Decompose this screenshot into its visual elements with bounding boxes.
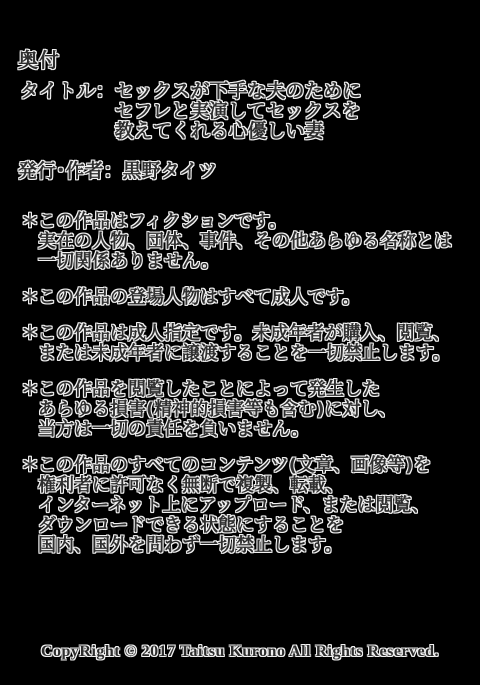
notice-line: この作品を閲覧したことによって発生した: [38, 380, 396, 400]
notice-line: 国内、国外を問わず一切禁止します。: [38, 536, 431, 556]
notice-marker: ＊: [21, 380, 38, 400]
title-line: 教えてくれる心優しい妻: [115, 121, 362, 141]
notice: ＊この作品の登場人物はすべて成人です。: [21, 288, 452, 308]
notice-line: 一切関係ありません。: [38, 252, 452, 272]
notice-marker: ＊: [21, 288, 38, 308]
notice: ＊この作品を閲覧したことによって発生したあらゆる損害(精神的損害等も含む)に対し…: [21, 380, 452, 440]
notice-marker: ＊: [21, 456, 38, 476]
notice-line: 当方は一切の責任を負いません。: [38, 420, 396, 440]
title-line: セックスが下手な夫のために: [115, 81, 362, 101]
title-line: セフレと実演してセックスを: [115, 101, 362, 121]
title-block: タイトル： セックスが下手な夫のためにセフレと実演してセックスを教えてくれる心優…: [20, 81, 361, 141]
notice-marker: ＊: [21, 212, 38, 232]
notice-list: ＊この作品はフィクションです。実在の人物、団体、事件、その他あらゆる名称とは一切…: [21, 212, 452, 572]
notice: ＊この作品はフィクションです。実在の人物、団体、事件、その他あらゆる名称とは一切…: [21, 212, 452, 272]
page-title: 奥付: [18, 44, 60, 73]
notice-line: この作品は成人指定です。未成年者が購入、閲覧、: [38, 324, 451, 344]
notice: ＊この作品のすべてのコンテンツ(文章、画像等)を権利者に許可なく無断で複製、転載…: [21, 456, 452, 556]
copyright-footer: CopyRight © 2017 Taitsu Kurono All Right…: [0, 643, 480, 661]
notice-line: この作品はフィクションです。: [38, 212, 452, 232]
author-line: 発行･作者：黒野タイツ: [18, 156, 217, 183]
notice-lines: この作品を閲覧したことによって発生したあらゆる損害(精神的損害等も含む)に対し、…: [38, 380, 396, 440]
notice-lines: この作品は成人指定です。未成年者が購入、閲覧、または未成年者に譲渡することを一切…: [38, 324, 451, 364]
notice-line: この作品のすべてのコンテンツ(文章、画像等)を: [38, 456, 431, 476]
notice-lines: この作品はフィクションです。実在の人物、団体、事件、その他あらゆる名称とは一切関…: [38, 212, 452, 272]
notice-lines: この作品のすべてのコンテンツ(文章、画像等)を権利者に許可なく無断で複製、転載、…: [38, 456, 431, 556]
colophon-page: 奥付 タイトル： セックスが下手な夫のためにセフレと実演してセックスを教えてくれ…: [0, 0, 480, 685]
notice-line: あらゆる損害(精神的損害等も含む)に対し、: [38, 400, 396, 420]
notice: ＊この作品は成人指定です。未成年者が購入、閲覧、または未成年者に譲渡することを一…: [21, 324, 452, 364]
notice-line: 権利者に許可なく無断で複製、転載、: [38, 476, 431, 496]
notice-line: または未成年者に譲渡することを一切禁止します。: [38, 344, 451, 364]
notice-line: 実在の人物、団体、事件、その他あらゆる名称とは: [38, 232, 452, 252]
title-label: タイトル：: [20, 81, 115, 101]
notice-line: インターネット上にアップロード、または閲覧、: [38, 496, 431, 516]
notice-lines: この作品の登場人物はすべて成人です。: [38, 288, 360, 308]
title-lines: セックスが下手な夫のためにセフレと実演してセックスを教えてくれる心優しい妻: [115, 81, 362, 141]
notice-marker: ＊: [21, 324, 38, 344]
notice-line: ダウンロードできる状態にすることを: [38, 516, 431, 536]
notice-line: この作品の登場人物はすべて成人です。: [38, 288, 360, 308]
